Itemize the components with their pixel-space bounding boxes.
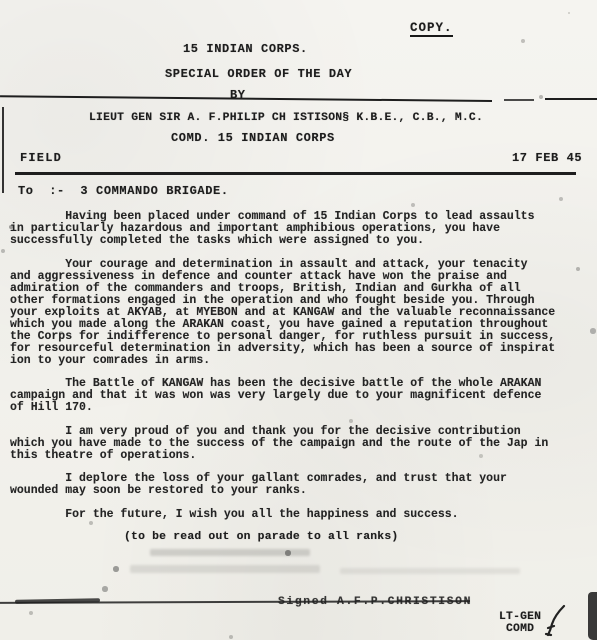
by-label: BY xyxy=(230,88,246,102)
corps-title: 15 INDIAN CORPS. xyxy=(183,42,308,56)
header-rule-mid xyxy=(504,99,534,101)
signature-role: COMD xyxy=(506,623,534,635)
date-label: 17 FEB 45 xyxy=(512,151,582,165)
signature-rank: LT-GEN xyxy=(499,611,541,623)
signature-mark-icon xyxy=(542,604,570,638)
body-paragraph: I am very proud of you and thank you for… xyxy=(10,426,590,462)
ghost-smudge xyxy=(130,565,320,573)
parade-note: (to be read out on parade to all ranks) xyxy=(124,531,398,543)
header-rule-left xyxy=(0,95,492,102)
body-paragraph: For the future, I wish you all the happi… xyxy=(10,509,590,521)
scanned-document-page: COPY. 15 INDIAN CORPS. SPECIAL ORDER OF … xyxy=(0,0,597,640)
order-title: SPECIAL ORDER OF THE DAY xyxy=(165,67,352,81)
ink-blob xyxy=(588,592,597,640)
copy-stamp: COPY. xyxy=(410,21,453,37)
scan-specks xyxy=(0,0,2,2)
body-paragraph: I deplore the loss of your gallant comra… xyxy=(10,473,590,497)
ghost-smudge xyxy=(150,549,310,556)
body-paragraph: Your courage and determination in assaul… xyxy=(10,259,590,367)
addressee-line: To :- 3 COMMANDO BRIGADE. xyxy=(18,184,229,198)
body-paragraph: The Battle of KANGAW has been the decisi… xyxy=(10,378,590,414)
signed-line: Signed A.F.P.CHRISTISON xyxy=(278,596,472,608)
field-rule xyxy=(15,172,576,175)
field-label: FIELD xyxy=(20,151,62,165)
letter-body: Having been placed under command of 15 I… xyxy=(10,211,590,532)
command-title: COMD. 15 INDIAN CORPS xyxy=(171,131,335,145)
ghost-smudge xyxy=(340,568,520,574)
commander-name: LIEUT GEN SIR A. F.PHILIP CH ISTISON§ K.… xyxy=(89,112,483,124)
body-paragraph: Having been placed under command of 15 I… xyxy=(10,211,590,247)
left-edge-line xyxy=(2,107,4,193)
header-rule-right xyxy=(545,98,597,100)
